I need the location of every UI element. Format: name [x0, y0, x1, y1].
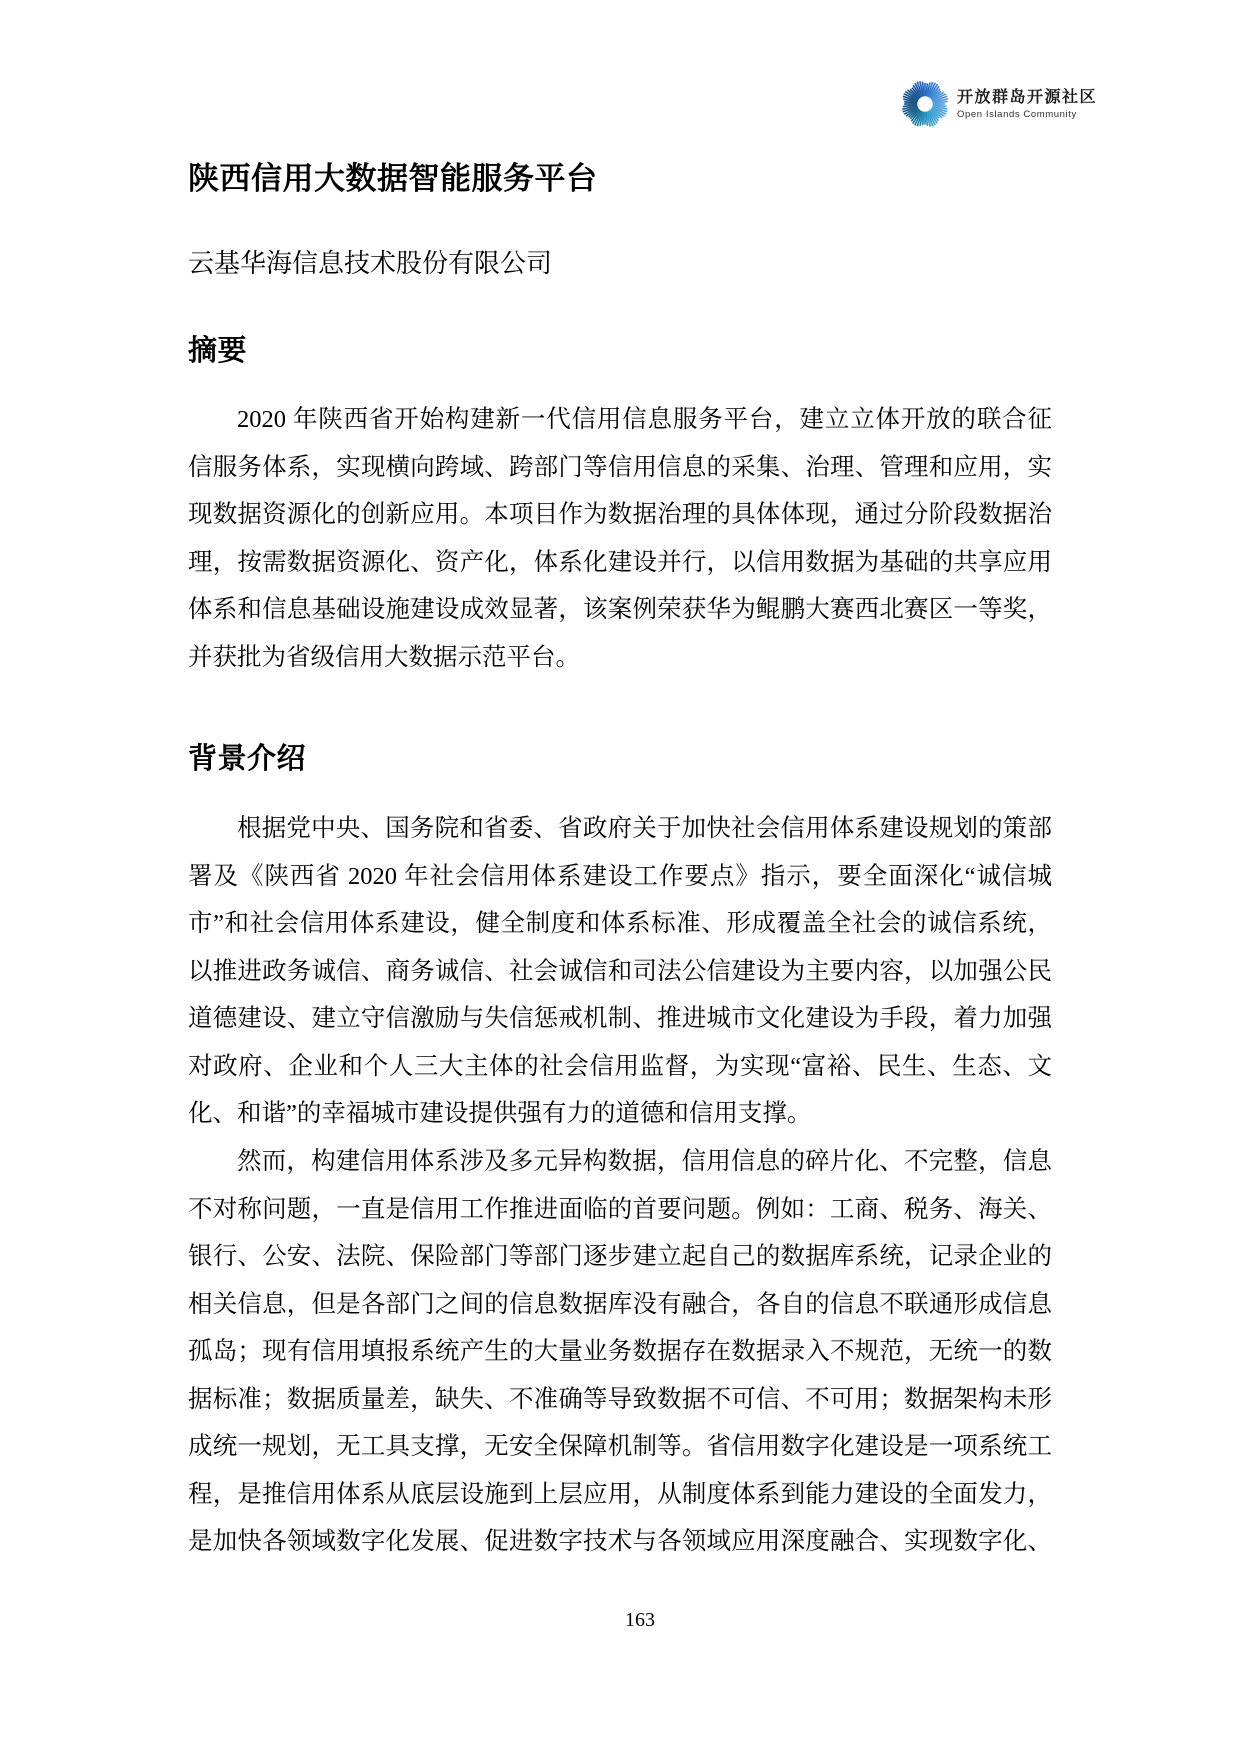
text-line: 据标准；数据质量差，缺失、不准确等导致数据不可信、不可用；数据架构未形	[188, 1376, 1052, 1424]
company-name: 云基华海信息技术股份有限公司	[188, 247, 552, 281]
text-line: 并获批为省级信用大数据示范平台。	[188, 634, 1052, 682]
text-line: 体系和信息基础设施建设成效显著，该案例荣获华为鲲鹏大赛西北赛区一等奖，	[188, 586, 1052, 634]
text-line: 成统一规划，无工具支撑，无安全保障机制等。省信用数字化建设是一项系统工	[188, 1423, 1052, 1471]
sunburst-icon	[901, 80, 949, 128]
text-line: 对政府、企业和个人三大主体的社会信用监督，为实现“富裕、民生、生态、文	[188, 1043, 1052, 1091]
section-heading-background: 背景介绍	[188, 741, 306, 777]
text-line: 化、和谐”的幸福城市建设提供强有力的道德和信用支撑。	[188, 1090, 1052, 1138]
logo-name-en: Open Islands Community	[957, 109, 1097, 120]
text-line: 署及《陕西省 2020 年社会信用体系建设工作要点》指示，要全面深化“诚信城	[188, 853, 1052, 901]
section-heading-abstract: 摘要	[188, 333, 247, 369]
background-paragraph-1: 根据党中央、国务院和省委、省政府关于加快社会信用体系建设规划的策部署及《陕西省 …	[188, 805, 1052, 1138]
text-line: 以推进政务诚信、商务诚信、社会诚信和司法公信建设为主要内容，以加强公民	[188, 948, 1052, 996]
text-line: 相关信息，但是各部门之间的信息数据库没有融合，各自的信息不联通形成信息	[188, 1281, 1052, 1329]
text-line: 2020 年陕西省开始构建新一代信用信息服务平台，建立立体开放的联合征	[188, 396, 1052, 444]
text-line: 孤岛；现有信用填报系统产生的大量业务数据存在数据录入不规范，无统一的数	[188, 1328, 1052, 1376]
text-line: 市”和社会信用体系建设，健全制度和体系标准、形成覆盖全社会的诚信系统，	[188, 900, 1052, 948]
logo-name-zh: 开放群岛开源社区	[957, 89, 1097, 107]
text-line: 现数据资源化的创新应用。本项目作为数据治理的具体体现，通过分阶段数据治	[188, 491, 1052, 539]
text-line: 理，按需数据资源化、资产化，体系化建设并行，以信用数据为基础的共享应用	[188, 539, 1052, 587]
abstract-paragraph: 2020 年陕西省开始构建新一代信用信息服务平台，建立立体开放的联合征信服务体系…	[188, 396, 1052, 681]
text-line: 信服务体系，实现横向跨域、跨部门等信用信息的采集、治理、管理和应用，实	[188, 444, 1052, 492]
text-line: 是加快各领域数字化发展、促进数字技术与各领域应用深度融合、实现数字化、	[188, 1518, 1052, 1566]
text-line: 程，是推信用体系从底层设施到上层应用，从制度体系到能力建设的全面发力，	[188, 1471, 1052, 1519]
text-line: 不对称问题，一直是信用工作推进面临的首要问题。例如：工商、税务、海关、	[188, 1186, 1052, 1234]
document-title: 陕西信用大数据智能服务平台	[188, 159, 598, 199]
text-line: 银行、公安、法院、保险部门等部门逐步建立起自己的数据库系统，记录企业的	[188, 1233, 1052, 1281]
text-line: 道德建设、建立守信激励与失信惩戒机制、推进城市文化建设为手段，着力加强	[188, 995, 1052, 1043]
document-page: 开放群岛开源社区 Open Islands Community 陕西信用大数据智…	[0, 0, 1240, 1753]
page-number: 163	[0, 1607, 1240, 1633]
text-line: 根据党中央、国务院和省委、省政府关于加快社会信用体系建设规划的策部	[188, 805, 1052, 853]
community-logo: 开放群岛开源社区 Open Islands Community	[901, 80, 1097, 128]
logo-text: 开放群岛开源社区 Open Islands Community	[957, 89, 1097, 120]
background-paragraph-2: 然而，构建信用体系涉及多元异构数据，信用信息的碎片化、不完整，信息不对称问题，一…	[188, 1138, 1052, 1566]
text-line: 然而，构建信用体系涉及多元异构数据，信用信息的碎片化、不完整，信息	[188, 1138, 1052, 1186]
